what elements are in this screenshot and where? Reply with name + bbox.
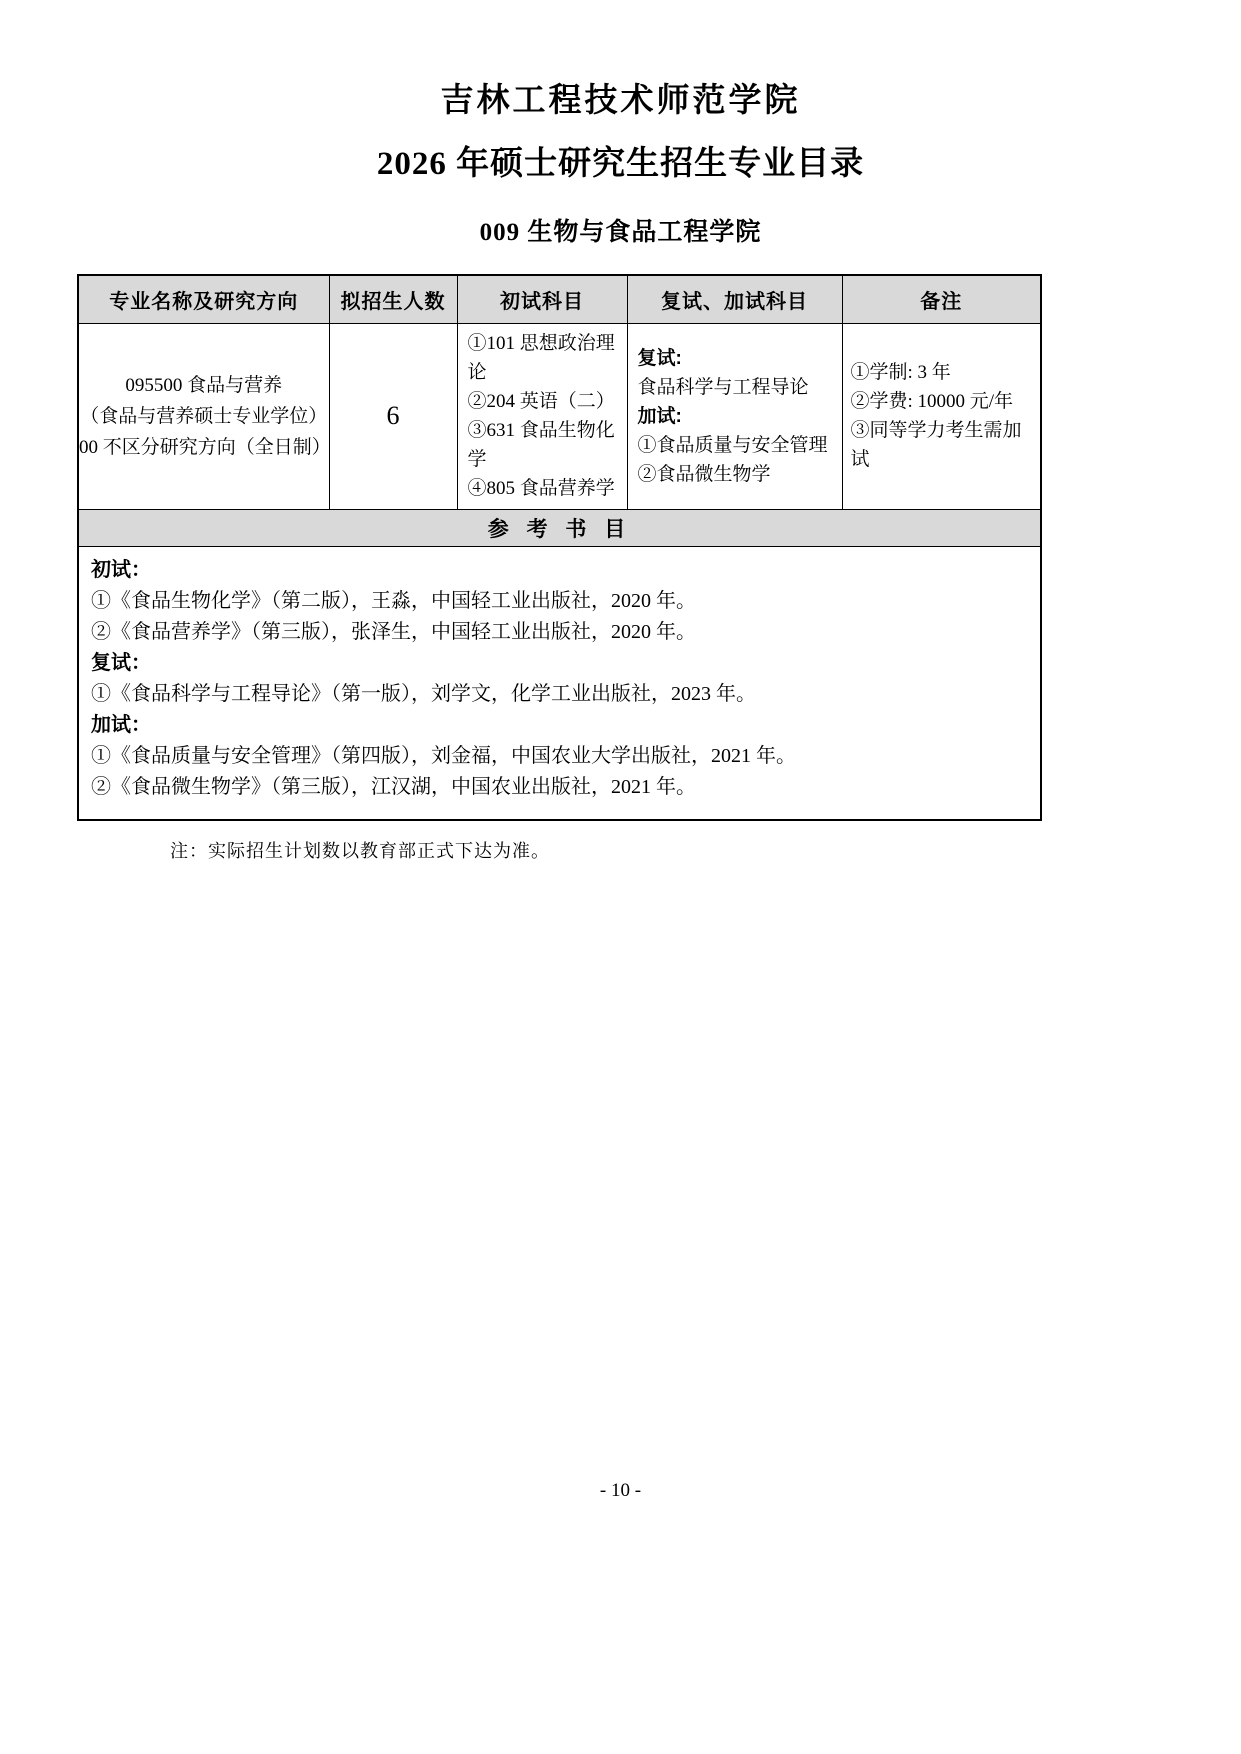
additional-subject-2: ②食品微生物学 bbox=[638, 460, 842, 489]
reference-initial-label: 初试： bbox=[91, 555, 1026, 586]
initial-subject-3: ③631 食品生物化学 bbox=[468, 416, 627, 474]
program-row: 095500 食品与营养 （食品与营养硕士专业学位） 00 不区分研究方向（全日… bbox=[78, 323, 1041, 509]
column-header-remarks: 备注 bbox=[842, 275, 1041, 323]
reference-book: ①《食品科学与工程导论》（第一版），刘学文，化学工业出版社，2023 年。 bbox=[91, 679, 1026, 710]
reference-book: ②《食品营养学》（第三版），张泽生，中国轻工业出版社，2020 年。 bbox=[91, 617, 1026, 648]
catalog-title: 2026 年硕士研究生招生专业目录 bbox=[0, 137, 1241, 184]
retest-label: 复试: bbox=[638, 344, 842, 373]
column-header-major: 专业名称及研究方向 bbox=[78, 275, 329, 323]
college-section-title: 009 生物与食品工程学院 bbox=[0, 212, 1241, 248]
reference-additional-label: 加试： bbox=[91, 710, 1026, 741]
initial-subject-1: ①101 思想政治理论 bbox=[468, 329, 627, 387]
retest-subject-1: 食品科学与工程导论 bbox=[638, 373, 842, 402]
footnote: 注：实际招生计划数以教育部正式下达为准。 bbox=[170, 837, 1241, 863]
column-header-retest-subjects: 复试、加试科目 bbox=[627, 275, 842, 323]
reference-book: ①《食品生物化学》（第二版），王淼，中国轻工业出版社，2020 年。 bbox=[91, 586, 1026, 617]
initial-subjects-cell: ①101 思想政治理论 ②204 英语（二） ③631 食品生物化学 ④805 … bbox=[457, 323, 627, 509]
remark-equivalency: ③同等学力考生需加试 bbox=[851, 416, 1041, 474]
page-number: - 10 - bbox=[0, 1480, 1241, 1502]
reference-list-cell: 初试： ①《食品生物化学》（第二版），王淼，中国轻工业出版社，2020 年。 ②… bbox=[78, 546, 1041, 820]
remark-duration: ①学制: 3 年 bbox=[851, 358, 1041, 387]
reference-header-row: 参 考 书 目 bbox=[78, 509, 1041, 546]
additional-subject-1: ①食品质量与安全管理 bbox=[638, 431, 842, 460]
initial-subject-2: ②204 英语（二） bbox=[468, 387, 627, 416]
major-direction: 00 不区分研究方向（全日制） bbox=[79, 432, 329, 463]
table-header-row: 专业名称及研究方向 拟招生人数 初试科目 复试、加试科目 备注 bbox=[78, 275, 1041, 323]
reference-book: ①《食品质量与安全管理》（第四版），刘金福，中国农业大学出版社，2021 年。 bbox=[91, 741, 1026, 772]
reference-section-title: 参 考 书 目 bbox=[78, 509, 1041, 546]
reference-body-row: 初试： ①《食品生物化学》（第二版），王淼，中国轻工业出版社，2020 年。 ②… bbox=[78, 546, 1041, 820]
remark-tuition: ②学费: 10000 元/年 bbox=[851, 387, 1041, 416]
major-cell: 095500 食品与营养 （食品与营养硕士专业学位） 00 不区分研究方向（全日… bbox=[78, 323, 329, 509]
remarks-cell: ①学制: 3 年 ②学费: 10000 元/年 ③同等学力考生需加试 bbox=[842, 323, 1041, 509]
additional-test-label: 加试: bbox=[638, 402, 842, 431]
column-header-initial-subjects: 初试科目 bbox=[457, 275, 627, 323]
admissions-table: 专业名称及研究方向 拟招生人数 初试科目 复试、加试科目 备注 095500 食… bbox=[77, 274, 1042, 821]
document-page: 吉林工程技术师范学院 2026 年硕士研究生招生专业目录 009 生物与食品工程… bbox=[0, 0, 1241, 1754]
retest-subjects-cell: 复试: 食品科学与工程导论 加试: ①食品质量与安全管理 ②食品微生物学 bbox=[627, 323, 842, 509]
major-degree-type: （食品与营养硕士专业学位） bbox=[79, 401, 329, 432]
enrollment-cell: 6 bbox=[329, 323, 457, 509]
initial-subject-4: ④805 食品营养学 bbox=[468, 474, 627, 503]
university-title: 吉林工程技术师范学院 bbox=[0, 0, 1241, 121]
major-code-name: 095500 食品与营养 bbox=[79, 370, 329, 401]
column-header-enrollment: 拟招生人数 bbox=[329, 275, 457, 323]
reference-retest-label: 复试： bbox=[91, 648, 1026, 679]
reference-book: ②《食品微生物学》（第三版），江汉湖，中国农业出版社，2021 年。 bbox=[91, 772, 1026, 803]
